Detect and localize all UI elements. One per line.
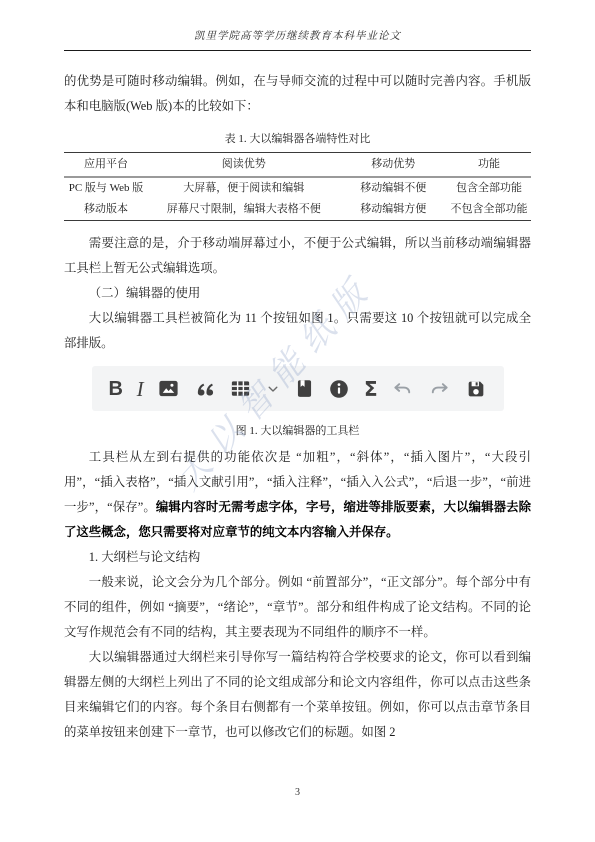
table-cell: 不包含全部功能 <box>447 199 531 221</box>
document-page: 大以智能纸版 凯里学院高等学历继续教育本科毕业论文 的优势是可随时移动编辑。例如… <box>0 0 595 842</box>
paragraph: 一般来说，论文会分为几个部分。例如 “前置部分”，“正文部分”。每个部分中有不同… <box>64 570 531 645</box>
chevron-down-icon <box>266 377 280 401</box>
table-row: PC 版与 Web 版 大屏幕，便于阅读和编辑 移动编辑不便 包含全部功能 <box>64 177 531 199</box>
table-cell: 移动编辑方便 <box>340 199 447 221</box>
table-row: 移动版本 屏幕尺寸限制，编辑大表格不便 移动编辑方便 不包含全部功能 <box>64 199 531 221</box>
table-icon <box>229 377 252 401</box>
column-header: 应用平台 <box>64 153 148 178</box>
blockquote-icon <box>194 377 216 401</box>
paragraph: 需要注意的是，介于移动端屏幕过小，不便于公式编辑，所以当前移动端编辑器工具栏上暂… <box>64 231 531 281</box>
table-cell: 屏幕尺寸限制，编辑大表格不便 <box>148 199 339 221</box>
table-cell: PC 版与 Web 版 <box>64 177 148 199</box>
table-cell: 移动版本 <box>64 199 148 221</box>
document-body: 的优势是可随时移动编辑。例如，在与导师交流的过程中可以随时完善内容。手机版本和电… <box>64 69 531 745</box>
column-header: 阅读优势 <box>148 153 339 178</box>
formula-sigma-icon: Σ <box>364 377 378 401</box>
editor-toolbar-figure: B I <box>92 366 504 411</box>
bold-icon: B <box>109 377 123 401</box>
page-number: 3 <box>0 787 595 798</box>
table-header-row: 应用平台 阅读优势 移动优势 功能 <box>64 153 531 178</box>
subsection-heading: 1. 大纲栏与论文结构 <box>64 545 531 570</box>
table-cell: 移动编辑不便 <box>340 177 447 199</box>
paragraph: 大以编辑器工具栏被简化为 11 个按钮如图 1。只需要这 10 个按钮就可以完成… <box>64 306 531 356</box>
running-head: 凯里学院高等学历继续教育本科毕业论文 <box>64 28 531 51</box>
paragraph: 大以编辑器通过大纲栏来引导你写一篇结构符合学校要求的论文，你可以看到编辑器左侧的… <box>64 645 531 745</box>
subsection-heading: （二）编辑器的使用 <box>64 281 531 306</box>
table-caption: 表 1. 大以编辑器各端特性对比 <box>64 131 531 147</box>
save-icon <box>465 377 487 401</box>
table-cell: 大屏幕，便于阅读和编辑 <box>148 177 339 199</box>
image-icon <box>157 377 180 401</box>
comparison-table: 应用平台 阅读优势 移动优势 功能 PC 版与 Web 版 大屏幕，便于阅读和编… <box>64 152 531 221</box>
table-cell: 包含全部功能 <box>447 177 531 199</box>
footnote-info-icon <box>328 377 350 401</box>
column-header: 功能 <box>447 153 531 178</box>
figure-caption: 图 1. 大以编辑器的工具栏 <box>64 423 531 439</box>
paragraph-continuation: 的优势是可随时移动编辑。例如，在与导师交流的过程中可以随时完善内容。手机版本和电… <box>64 69 531 119</box>
italic-icon: I <box>137 377 144 401</box>
citation-book-icon <box>294 377 315 401</box>
column-header: 移动优势 <box>340 153 447 178</box>
undo-icon <box>391 377 414 401</box>
paragraph: 工具栏从左到右提供的功能依次是 “加粗”，“斜体”，“插入图片”，“大段引用”，… <box>64 445 531 545</box>
redo-icon <box>428 377 451 401</box>
